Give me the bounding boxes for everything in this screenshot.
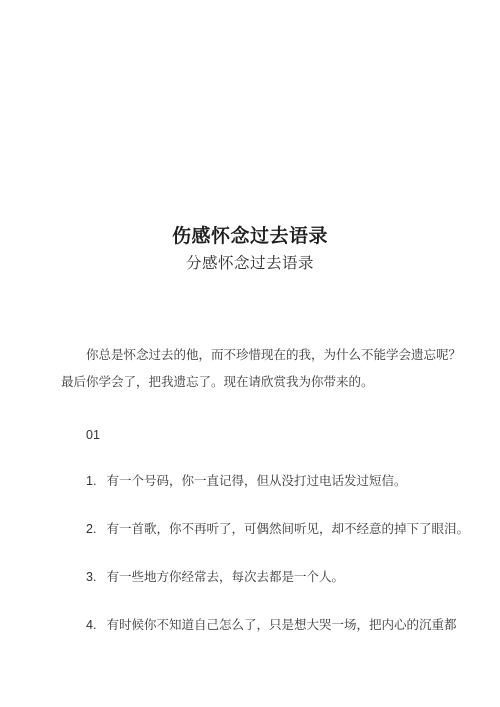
document-page: 伤感怀念过去语录 分感怀念过去语录 你总是怀念过去的他，而不珍惜现在的我，为什么… xyxy=(0,0,500,707)
page-title: 伤感怀念过去语录 xyxy=(61,224,439,250)
quote-list: 1.有一个号码，你一直记得，但从没打过电话发过短信。 2.有一首歌，你不再听了，… xyxy=(61,468,439,639)
list-item-text: 有一个号码，你一直记得，但从没打过电话发过短信。 xyxy=(106,474,406,488)
list-item-number: 2. xyxy=(86,516,96,543)
intro-line-2: 最后你学会了，把我遗忘了。现在请欣赏我为你带来的。 xyxy=(61,369,439,396)
list-item: 2.有一首歌，你不再听了，可偶然间听见，却不经意的掉下了眼泪。 xyxy=(61,516,439,543)
intro-paragraph: 你总是怀念过去的他，而不珍惜现在的我，为什么不能学会遗忘呢？ 最后你学会了，把我… xyxy=(61,342,439,396)
list-item-text: 有一些地方你经常去，每次去都是一个人。 xyxy=(106,570,344,584)
list-item-text: 有一首歌，你不再听了，可偶然间听见，却不经意的掉下了眼泪。 xyxy=(106,522,469,536)
list-item: 3.有一些地方你经常去，每次去都是一个人。 xyxy=(61,564,439,591)
list-item-number: 1. xyxy=(86,468,96,495)
list-item: 4.有时候你不知道自己怎么了，只是想大哭一场，把内心的沉重都 xyxy=(61,612,439,639)
section-number: 01 xyxy=(61,422,439,449)
page-subtitle: 分感怀念过去语录 xyxy=(61,253,439,275)
list-item-text: 有时候你不知道自己怎么了，只是想大哭一场，把内心的沉重都 xyxy=(106,618,456,632)
list-item-number: 4. xyxy=(86,612,96,639)
list-item: 1.有一个号码，你一直记得，但从没打过电话发过短信。 xyxy=(61,468,439,495)
intro-line-1: 你总是怀念过去的他，而不珍惜现在的我，为什么不能学会遗忘呢？ xyxy=(61,342,439,369)
list-item-number: 3. xyxy=(86,564,96,591)
